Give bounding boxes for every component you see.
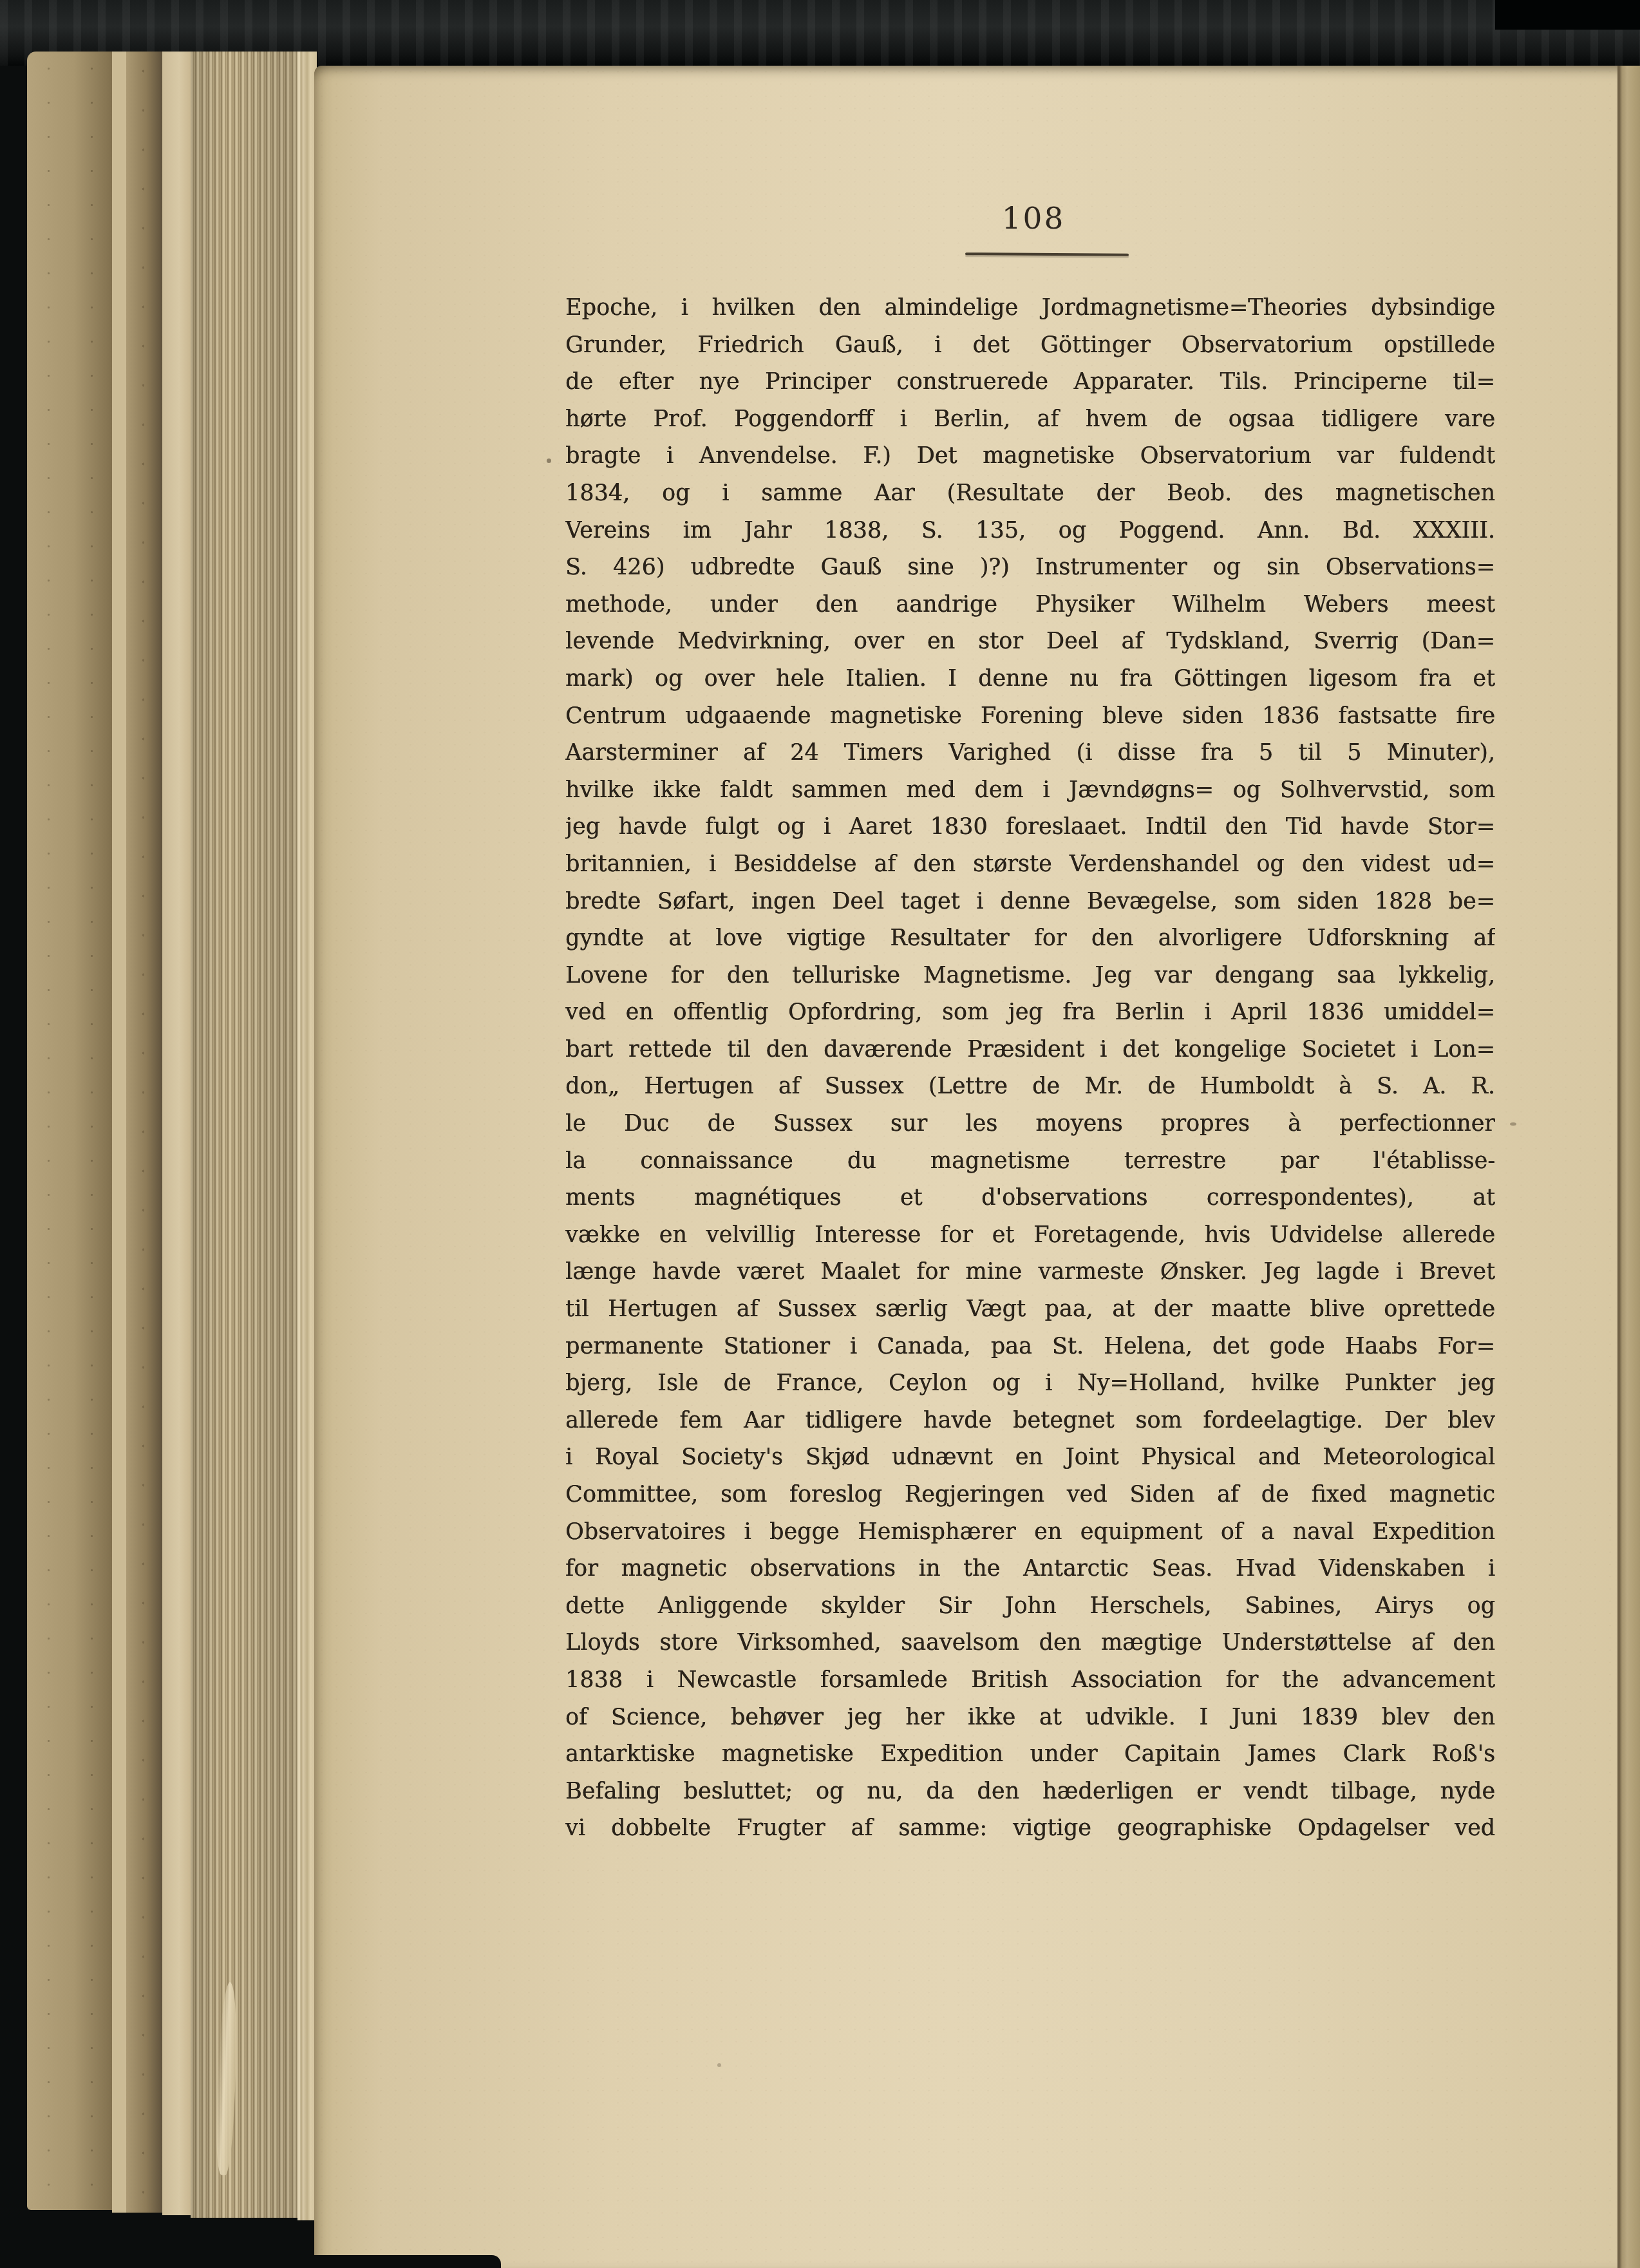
page-edges-band xyxy=(162,52,191,2215)
text-line: S. 426) udbredte Gauß sine )?) Instrumen… xyxy=(565,549,1495,587)
page-text: Epoche, i hvilken den almindelige Jordma… xyxy=(565,290,1495,1847)
text-line: permanente Stationer i Canada, paa St. H… xyxy=(565,1328,1495,1366)
text-line: bragte i Anvendelse. F.) Det magnetiske … xyxy=(565,438,1495,475)
text-line: gyndte at love vigtige Resultater for de… xyxy=(565,920,1495,958)
text-line: allerede fem Aar tidligere havde betegne… xyxy=(565,1403,1495,1440)
text-line: Lloyds store Virksomhed, saavelsom den m… xyxy=(565,1625,1495,1662)
text-line: le Duc de Sussex sur les moyens propres … xyxy=(565,1106,1495,1143)
text-line: vi dobbelte Frugter af samme: vigtige ge… xyxy=(565,1810,1495,1847)
text-line: bredte Søfart, ingen Deel taget i denne … xyxy=(565,884,1495,921)
text-line: britannien, i Besiddelse af den største … xyxy=(565,846,1495,884)
text-line: bjerg, Isle de France, Ceylon og i Ny=Ho… xyxy=(565,1365,1495,1403)
text-line: ments magnétiques et d'observations corr… xyxy=(565,1180,1495,1217)
text-line: levende Medvirkning, over en stor Deel a… xyxy=(565,623,1495,661)
text-line: of Science, behøver jeg her ikke at udvi… xyxy=(565,1699,1495,1737)
paper-speck xyxy=(547,458,551,463)
text-line: Committee, som foreslog Regjeringen ved … xyxy=(565,1477,1495,1514)
text-line: de efter nye Principer construerede Appa… xyxy=(565,364,1495,401)
text-line: Grunder, Friedrich Gauß, i det Göttinger… xyxy=(565,327,1495,364)
background-corner xyxy=(1495,0,1640,30)
text-line: don„ Hertugen af Sussex (Lettre de Mr. d… xyxy=(565,1068,1495,1106)
text-line: Epoche, i hvilken den almindelige Jordma… xyxy=(565,290,1495,327)
page-edges-band xyxy=(27,52,112,2210)
text-line: mark) og over hele Italien. I denne nu f… xyxy=(565,661,1495,698)
page-edges-band xyxy=(112,52,126,2213)
text-line: jeg havde fulgt og i Aaret 1830 foreslaa… xyxy=(565,809,1495,846)
text-line: i Royal Society's Skjød udnævnt en Joint… xyxy=(565,1439,1495,1477)
text-line: hvilke ikke faldt sammen med dem i Jævnd… xyxy=(565,772,1495,809)
text-line: Lovene for den telluriske Magnetisme. Je… xyxy=(565,958,1495,995)
page-edges-striations xyxy=(191,52,297,2218)
text-line: bart rettede til den daværende Præsident… xyxy=(565,1032,1495,1069)
text-line: Aarsterminer af 24 Timers Varighed (i di… xyxy=(565,735,1495,772)
text-line: Centrum udgaaende magnetiske Forening bl… xyxy=(565,698,1495,735)
page-number: 108 xyxy=(953,201,1114,236)
text-line: Observatoires i begge Hemisphærer en equ… xyxy=(565,1514,1495,1551)
text-line: antarktiske magnetiske Expedition under … xyxy=(565,1736,1495,1773)
text-line: 1834, og i samme Aar (Resultate der Beob… xyxy=(565,475,1495,513)
text-line: til Hertugen af Sussex særlig Vægt paa, … xyxy=(565,1291,1495,1328)
text-line: la connaissance du magnetisme terrestre … xyxy=(565,1143,1495,1180)
text-line: ved en offentlig Opfordring, som jeg fra… xyxy=(565,994,1495,1032)
text-line: Vereins im Jahr 1838, S. 135, og Poggend… xyxy=(565,513,1495,550)
text-line: vække en velvillig Interesse for et Fore… xyxy=(565,1217,1495,1254)
text-line: dette Anliggende skylder Sir John Hersch… xyxy=(565,1588,1495,1625)
text-line: hørte Prof. Poggendorff i Berlin, af hve… xyxy=(565,401,1495,439)
paper-speck xyxy=(1510,1122,1516,1126)
text-line: methode, under den aandrige Physiker Wil… xyxy=(565,587,1495,624)
page-edges-band xyxy=(126,52,162,2213)
paper-speck xyxy=(717,2063,721,2067)
text-line: for magnetic observations in the Antarct… xyxy=(565,1551,1495,1588)
text-line: Befaling besluttet; og nu, da den hæderl… xyxy=(565,1773,1495,1811)
text-line: 1838 i Newcastle forsamlede British Asso… xyxy=(565,1662,1495,1699)
page-right-edge xyxy=(1617,66,1640,2268)
text-line: længe havde været Maalet for mine varmes… xyxy=(565,1254,1495,1291)
shadow-under-page xyxy=(314,2255,501,2268)
